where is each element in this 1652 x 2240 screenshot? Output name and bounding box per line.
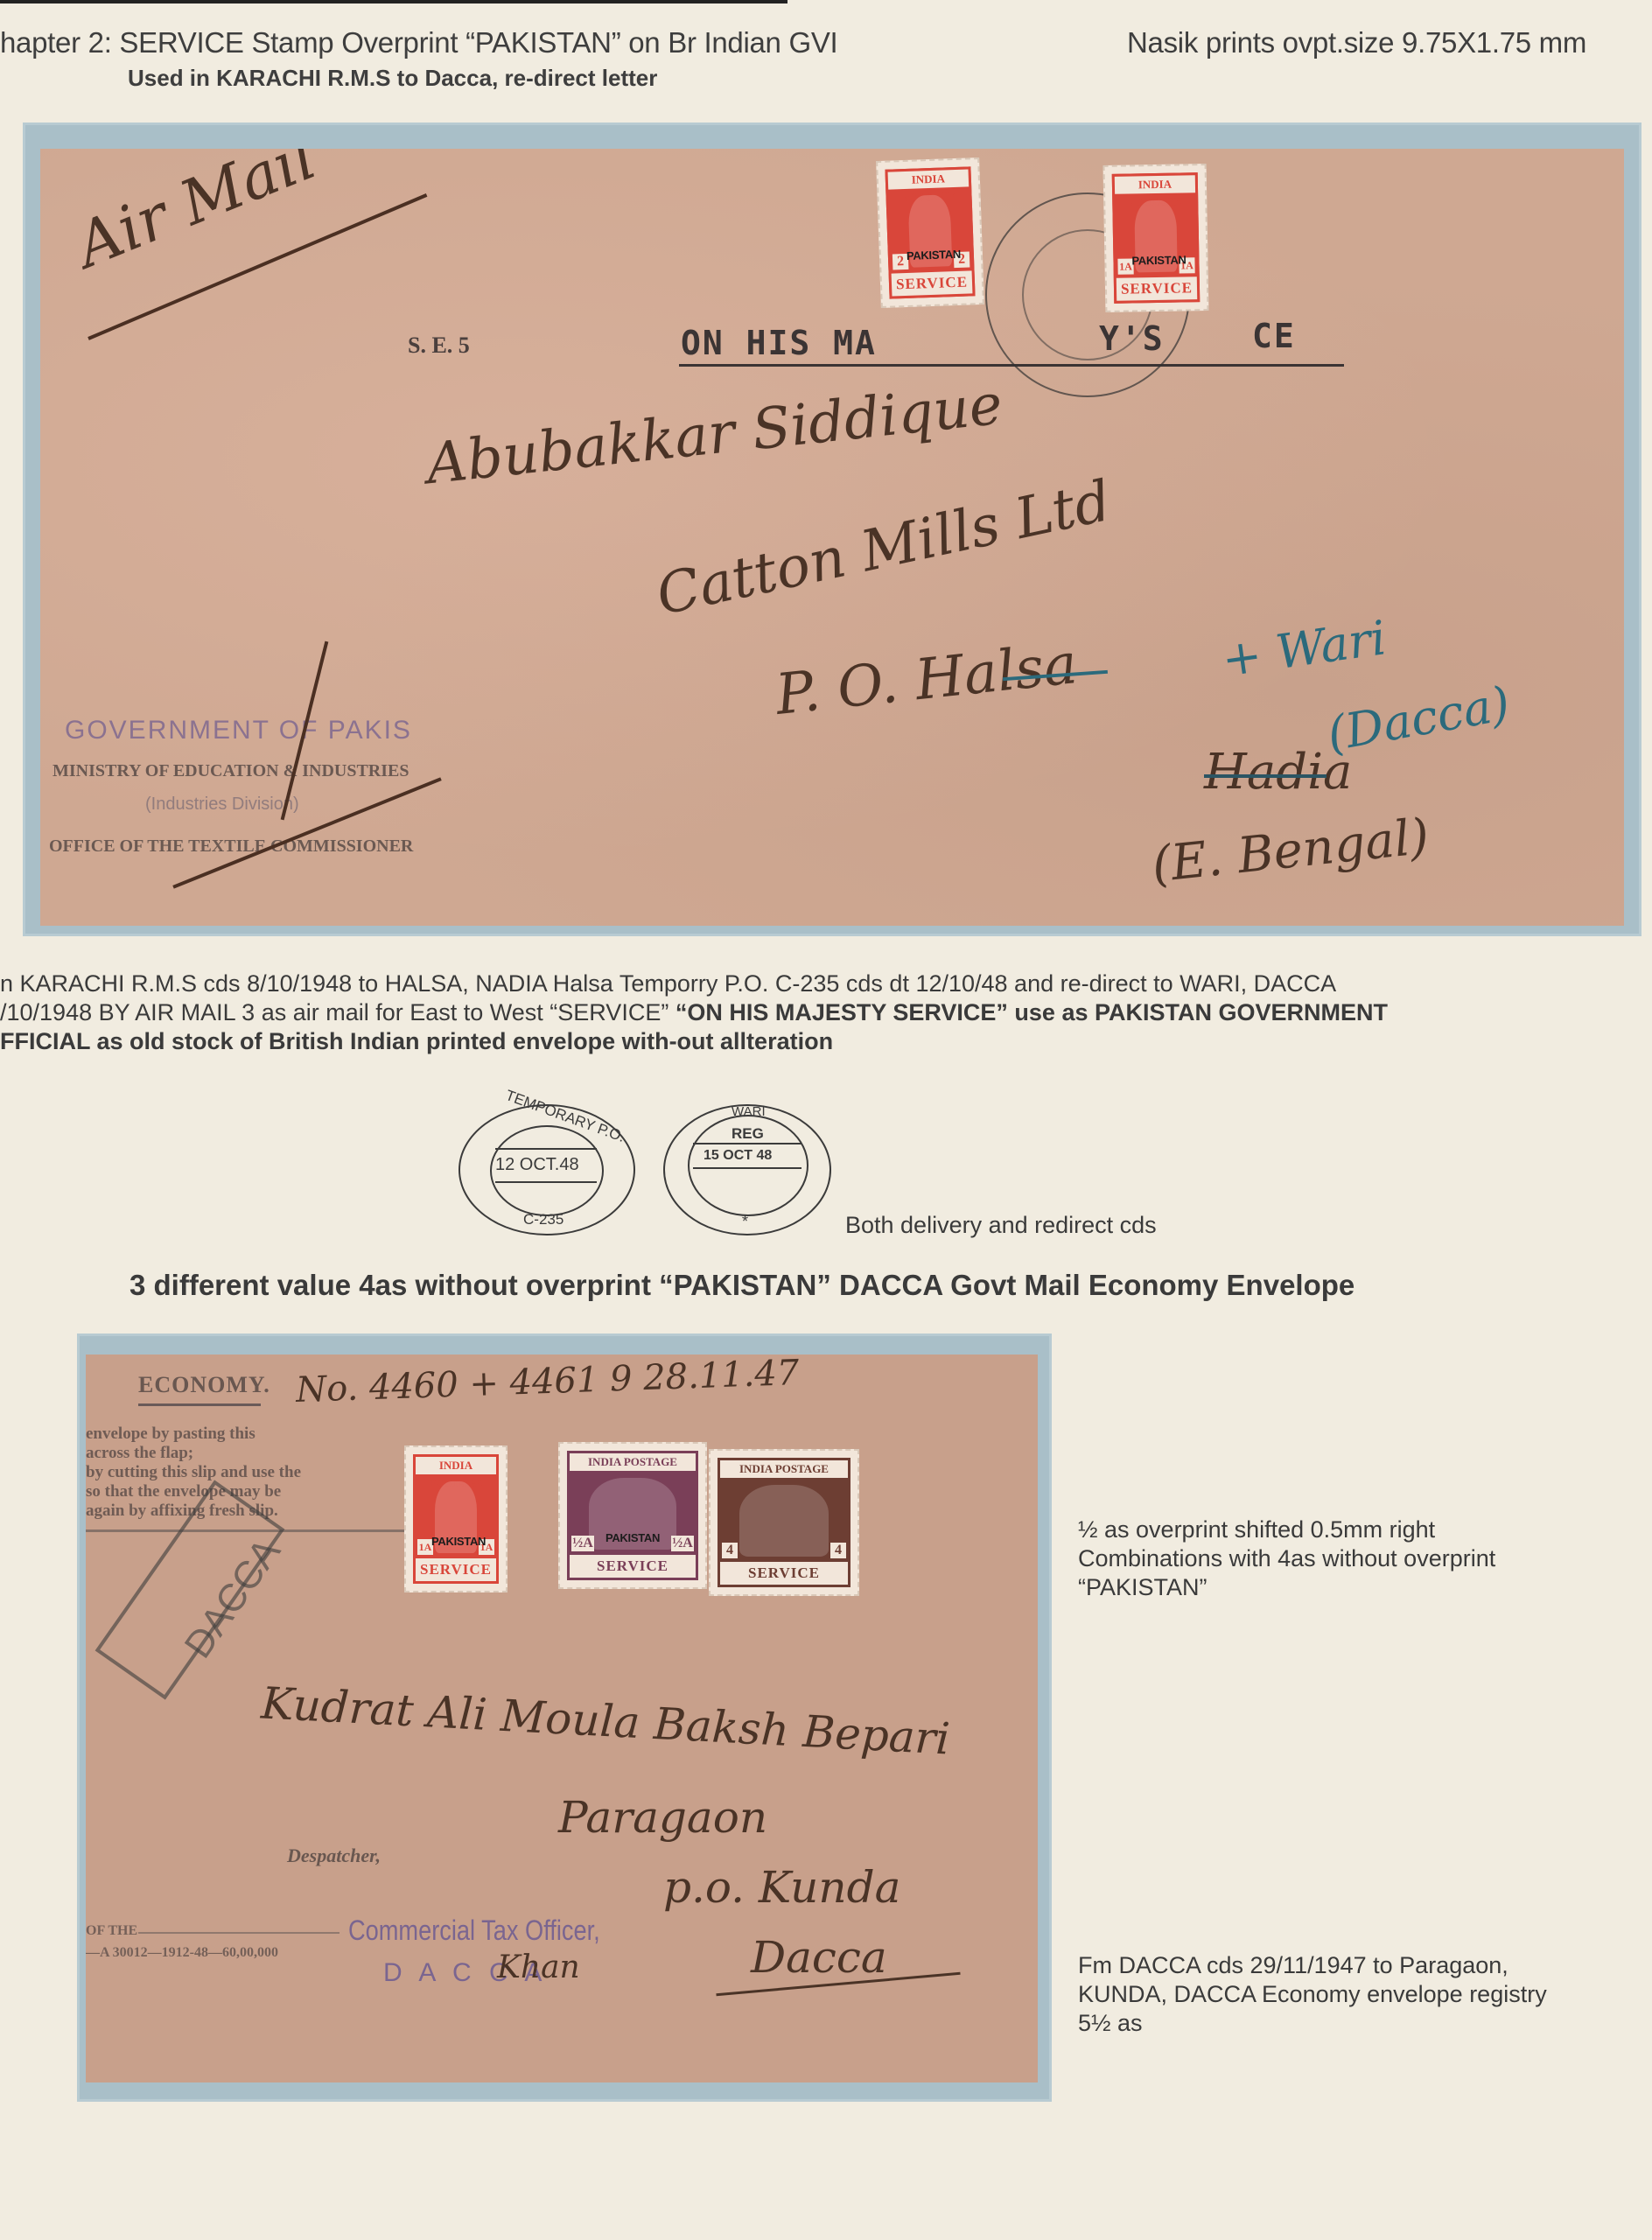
cover2-note-lower: Fm DACCA cds 29/11/1947 to Paragaon, KUN… [1078,1951,1547,2038]
stamp-value: 4 [722,1543,738,1558]
official-cachet-line4: OFFICE OF THE TEXTILE COMMISSIONER [49,836,413,857]
stamp-top-label: INDIA POSTAGE [1115,175,1195,194]
pakistan-overprint: PAKISTAN [906,248,955,262]
address-line-po: P. O. Halsa [773,632,1080,728]
officer-signature: Khan [497,1949,580,1985]
stamp-1a-service: INDIA POSTAGE 1A 1A PAKISTAN SERVICE [1103,164,1209,312]
stamp-service-label: SERVICE [1116,276,1197,301]
printed-code: S. E. 5 [408,332,470,359]
postmark-outer-text: WARI [731,1104,766,1119]
cover1-note-line3: FFICIAL as old stock of British Indian p… [0,1027,833,1056]
ohms-banner-right: CE [1252,317,1296,355]
note-line: Combinations with 4as without overprint [1078,1544,1495,1573]
postmark-reg-text: REG [731,1125,764,1143]
economy-underline [138,1403,261,1406]
handwritten-ref: No. 4460 + 4461 9 28.11.47 [295,1354,800,1410]
cover1-note-line1: n KARACHI R.M.S cds 8/10/1948 to HALSA, … [0,969,1336,998]
stamp-service-label: SERVICE [720,1562,848,1585]
economy-label: ECONOMY. [138,1372,270,1398]
instruction-line: so that the envelope may be [86,1482,301,1501]
postmark-bar [693,1143,801,1144]
print-footer-line2: —A 30012—1912-48—60,00,000 [86,1945,278,1961]
print-footer-rule [138,1932,339,1934]
stamp-service-label: SERVICE [892,270,973,296]
flap-instructions: envelope by pasting this across the flap… [86,1424,301,1521]
address-line-village: Paragaon [558,1792,767,1843]
address-line-province: (E. Bengal) [1149,808,1431,894]
stamp-top-label: INDIA POSTAGE [416,1457,496,1474]
address-line-po: p.o. Kunda [663,1862,900,1913]
wari-reg-postmark: WARI REG 15 OCT 48 * [663,1104,831,1235]
note-line: KUNDA, DACCA Economy envelope registry [1078,1980,1547,2009]
stamp-half-anna-service: INDIA POSTAGE ½A ½A PAKISTAN SERVICE [558,1442,707,1589]
page-subtitle: Used in KARACHI R.M.S to Dacca, re-direc… [128,65,657,92]
postmark-date: 12 OCT.48 [495,1155,579,1175]
postmark-bottom-text: C-235 [523,1211,563,1228]
temporary-po-postmark: TEMPORARY P.O. 12 OCT.48 C-235 [458,1104,635,1235]
pakistan-overprint: PAKISTAN [1131,254,1180,268]
address-line-name: Abubakkar Siddique [423,373,1005,498]
postmark-star: * [742,1213,748,1231]
pakistan-overprint: PAKISTAN [585,1531,680,1544]
note-line: “PAKISTAN” [1078,1573,1495,1602]
instruction-line: envelope by pasting this [86,1424,301,1444]
stamp-value: 4 [830,1543,846,1558]
cover1-envelope: Air Mail S. E. 5 ON HIS MA Y'S CE INDIA … [40,149,1624,926]
note-line: Fm DACCA cds 29/11/1947 to Paragaon, [1078,1951,1547,1980]
ohms-banner-left: ON HIS MA [681,324,877,362]
pakistan-overprint: PAKISTAN [431,1535,480,1548]
stamp-4as-service: INDIA POSTAGE 4 4 SERVICE [709,1449,859,1596]
stamp-1a-service: INDIA POSTAGE 1A 1A PAKISTAN SERVICE [404,1445,507,1592]
postmark-bar [495,1148,597,1150]
instruction-line: across the flap; [86,1444,301,1463]
official-cachet-line3: (Industries Division) [145,794,299,815]
cover2-note-upper: ½ as overprint shifted 0.5mm right Combi… [1078,1515,1495,1602]
airmail-handwriting: Air Mail [66,149,325,282]
address-line-name: Kudrat Ali Moula Baksh Bepari [260,1677,951,1764]
postmark-date: 15 OCT 48 [703,1148,772,1164]
note-bold: “ON HIS MAJESTY SERVICE” use as PAKISTAN… [675,999,1388,1025]
address-line-company: Catton Mills Ltd [651,469,1116,628]
stamp-2as-service: INDIA POSTAGE 2 2 PAKISTAN SERVICE [876,157,984,308]
cover2-envelope: ECONOMY. No. 4460 + 4461 9 28.11.47 enve… [86,1354,1038,2082]
ohms-underline [679,364,1344,367]
ovpt-size-note: Nasik prints ovpt.size 9.75X1.75 mm [1127,26,1586,59]
print-footer-line1: OF THE [86,1923,137,1939]
redirect-dacca: (Dacca) [1323,675,1514,762]
note-regular: /10/1948 BY AIR MAIL 3 as air mail for E… [0,999,675,1025]
king-portrait-icon [739,1485,829,1557]
stamp-top-label: INDIA POSTAGE [888,169,969,189]
postmark-bar [693,1167,801,1169]
page-title: hapter 2: SERVICE Stamp Overprint “PAKIS… [0,26,837,59]
instruction-line: by cutting this slip and use the [86,1463,301,1482]
note-line: 5½ as [1078,2009,1547,2038]
officer-stamp-line1: Commercial Tax Officer, [348,1914,600,1947]
hadia-strikethrough [1204,774,1326,778]
redirect-wari: + Wari [1219,610,1389,688]
official-cachet-line2: MINISTRY OF EDUCATION & INDUSTRIES [52,761,409,781]
note-line: ½ as overprint shifted 0.5mm right [1078,1515,1495,1544]
stamp-service-label: SERVICE [570,1555,696,1578]
cover1-note-line2: /10/1948 BY AIR MAIL 3 as air mail for E… [0,998,1388,1027]
official-cachet-line1: GOVERNMENT OF PAKIS [65,716,412,745]
stamp-top-label: INDIA POSTAGE [570,1453,696,1471]
despatcher-label: Despatcher, [287,1844,381,1867]
stamp-service-label: SERVICE [416,1558,496,1581]
section2-title: 3 different value 4as without overprint … [129,1269,1354,1302]
scan-edge [0,0,787,3]
address-line-city: Dacca [751,1932,887,1983]
postmark-caption: Both delivery and redirect cds [845,1211,1157,1240]
boxed-cancel-text: DACCA [177,1531,290,1667]
address-line-district: Hadia [1204,744,1352,801]
postmark-bar [495,1181,597,1183]
stamp-top-label: INDIA POSTAGE [720,1460,848,1478]
